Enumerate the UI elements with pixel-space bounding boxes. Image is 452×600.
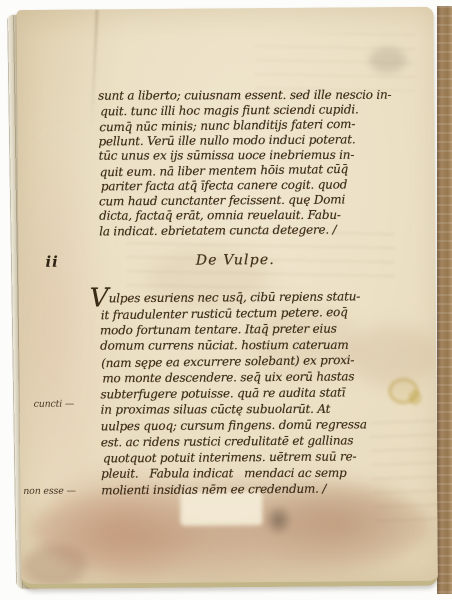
text-line: in proximas siluas cūctę subuolarūt. At <box>101 401 429 418</box>
folio-number: ii <box>45 253 59 271</box>
text-line: mo monte descendere. seq̄ uix eorū hasta… <box>102 368 430 387</box>
stain <box>17 129 108 530</box>
text-line: la indicat. ebrietatem cuncta detegere. … <box>99 222 427 240</box>
text-line: pleuit. Fabula indicat mendaci ac semp <box>101 465 429 482</box>
marginal-correction: non esse — <box>23 486 76 497</box>
manuscript-photo: ii cuncti — non esse — sunt a liberto; c… <box>0 0 452 600</box>
text-line: subterfugere potuisse. quā re audita sta… <box>100 384 428 403</box>
text-line: pariter facta atq̄ īfecta canere cogit. … <box>101 177 429 195</box>
stain <box>23 544 87 587</box>
text-block: sunt a liberto; cuiusnam essent. sed ill… <box>98 87 429 499</box>
fore-edge-page-stack <box>437 6 452 594</box>
paragraph-ending-fable: sunt a liberto; cuiusnam essent. sed ill… <box>98 87 427 240</box>
text-line: dicta, factaq̄ erāt, omnia reuelauit. Fa… <box>99 208 427 224</box>
ink-bleedthrough <box>255 33 415 92</box>
stain <box>369 47 407 73</box>
manuscript-page: ii cuncti — non esse — sunt a liberto; c… <box>16 7 438 589</box>
text-line: molienti insidias nēm ee credendum. / <box>101 480 429 499</box>
ink-blot <box>265 505 291 535</box>
chapter-heading: De Vulpe. <box>99 251 427 272</box>
paragraph-fable-de-vulpe: V ulpes esuriens nec usq̄, cibū repiens … <box>100 288 430 499</box>
text-line: quotquot potuit interimens. uētrem suū r… <box>103 448 431 467</box>
marginal-correction: cuncti — <box>34 399 75 410</box>
